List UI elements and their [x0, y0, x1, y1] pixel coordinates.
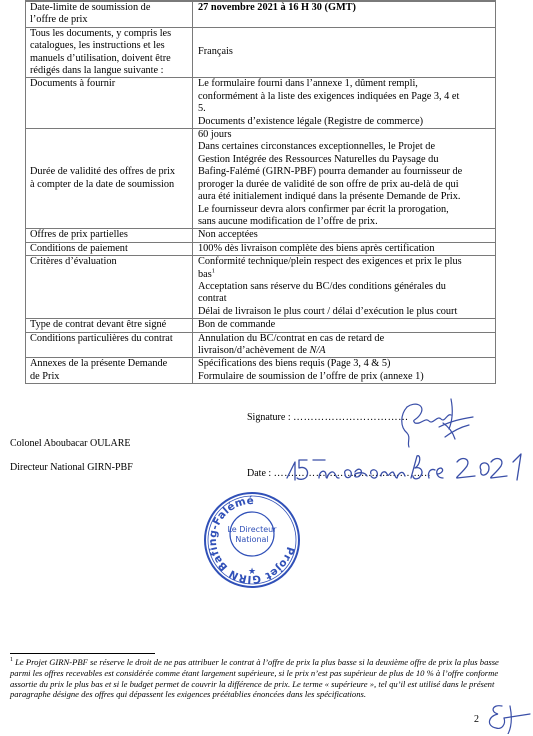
signatory-name: Colonel Aboubacar OULARE: [10, 438, 131, 449]
row-label-line: manuels d’utilisation, doivent être: [30, 53, 188, 65]
row-value-line: Le fournisseur devra alors confirmer par…: [198, 204, 491, 216]
row-value-line: Bafing-Falémé (GIRN-PBF) pourra demander…: [198, 166, 491, 178]
row-value-text: Le fournisseur devra alors confirmer par…: [198, 204, 449, 215]
row-label-line: de Prix: [30, 371, 188, 383]
stamp-star-icon: ★: [248, 567, 256, 577]
row-label-line: catalogues, les instructions et les: [30, 40, 188, 52]
row-label-line: à compter de la date de soumission: [30, 179, 188, 191]
row-value-text: Français: [198, 46, 233, 57]
table-row: Annexes de la présente Demandede PrixSpé…: [26, 358, 496, 384]
row-value-line: Documents d’existence légale (Registre d…: [198, 116, 491, 128]
row-value-text: Délai de livraison le plus court / délai…: [198, 306, 457, 317]
row-value-text: livraison/d’achèvement de: [198, 345, 310, 356]
row-value-text: Annulation du BC/contrat en cas de retar…: [198, 333, 384, 344]
row-value-line: Non acceptées: [198, 229, 491, 241]
row-value-text: Gestion Intégrée des Ressources Naturell…: [198, 154, 438, 165]
row-value-line: Conformité technique/plein respect des e…: [198, 256, 491, 268]
row-value-text: 100% dès livraison complète des biens ap…: [198, 243, 434, 254]
row-value-line: Bon de commande: [198, 319, 491, 331]
row-label: Date-limite de soumission del’offre de p…: [26, 1, 193, 27]
table-row: Tous les documents, y compris lescatalog…: [26, 27, 496, 78]
row-label-line: l’offre de prix: [30, 14, 188, 26]
row-value: Le formulaire fourni dans l’annexe 1, dû…: [193, 78, 496, 129]
row-value-text: Acceptation sans réserve du BC/des condi…: [198, 281, 446, 292]
row-value-text: conformément à la liste des exigences in…: [198, 91, 459, 102]
row-label-line: Conditions particulières du contrat: [30, 333, 188, 345]
row-value: Français: [193, 27, 496, 78]
row-label-line: Annexes de la présente Demande: [30, 358, 188, 370]
stamp-center-line2: National: [235, 535, 268, 544]
row-value: Annulation du BC/contrat en cas de retar…: [193, 332, 496, 358]
row-label-line: Critères d’évaluation: [30, 256, 188, 268]
row-value-line: Formulaire de soumission de l’offre de p…: [198, 371, 491, 383]
table-row: Durée de validité des offres de prixà co…: [26, 129, 496, 229]
page-number: 2: [474, 714, 479, 725]
footnote-separator: [10, 653, 155, 654]
row-value: Bon de commande: [193, 319, 496, 332]
row-label: Conditions particulières du contrat: [26, 332, 193, 358]
table-row: Offres de prix partielles Non acceptées: [26, 229, 496, 242]
table-row: Type de contrat devant être signé Bon de…: [26, 319, 496, 332]
row-value-text: proroger la durée de validité de son off…: [198, 179, 459, 190]
row-value-text: bas: [198, 269, 212, 280]
row-value-line: 100% dès livraison complète des biens ap…: [198, 243, 491, 255]
row-value-text: Documents d’existence légale (Registre d…: [198, 116, 423, 127]
row-label-line: rédigés dans la langue suivante :: [30, 65, 188, 77]
handwritten-date: [285, 452, 525, 484]
row-value-line: conformément à la liste des exigences in…: [198, 91, 491, 103]
row-label: Documents à fournir: [26, 78, 193, 129]
footnote-ref[interactable]: 1: [212, 267, 215, 274]
row-value-text: 5.: [198, 103, 206, 114]
row-value-text: 27 novembre 2021 à 16 H 30 (GMT): [198, 2, 356, 13]
row-value-line: livraison/d’achèvement de N/A: [198, 345, 491, 357]
row-value-text: aura été initialement indiqué dans la pr…: [198, 191, 460, 202]
row-label: Type de contrat devant être signé: [26, 319, 193, 332]
signature-line: Signature : ……………………………: [247, 412, 409, 423]
row-value-text: Non acceptées: [198, 229, 258, 240]
official-stamp: Projet GIRN Bafing-Falémé Le Directeur N…: [202, 490, 302, 590]
footnote-text: Le Projet GIRN-PBF se réserve le droit d…: [10, 657, 499, 699]
table-row: Documents à fournirLe formulaire fourni …: [26, 78, 496, 129]
row-value-line: contrat: [198, 293, 491, 305]
signature-dots: ……………………………: [293, 412, 409, 423]
row-value-line: 60 jours: [198, 129, 491, 141]
table-row: Date-limite de soumission del’offre de p…: [26, 1, 496, 27]
row-value: 100% dès livraison complète des biens ap…: [193, 242, 496, 255]
row-label-line: Documents à fournir: [30, 78, 188, 90]
row-label-line: Conditions de paiement: [30, 243, 188, 255]
row-value-line: aura été initialement indiqué dans la pr…: [198, 191, 491, 203]
row-value-line: Dans certaines circonstances exceptionne…: [198, 141, 491, 153]
row-label: Conditions de paiement: [26, 242, 193, 255]
signatory-title: Directeur National GIRN-PBF: [10, 462, 133, 473]
row-value-line: proroger la durée de validité de son off…: [198, 179, 491, 191]
row-label-line: Durée de validité des offres de prix: [30, 166, 188, 178]
row-label-line: Type de contrat devant être signé: [30, 319, 188, 331]
row-value-line: Acceptation sans réserve du BC/des condi…: [198, 281, 491, 293]
row-value-text: Conformité technique/plein respect des e…: [198, 256, 462, 267]
stamp-center-line1: Le Directeur: [227, 525, 277, 534]
rfq-conditions-table: Date-limite de soumission del’offre de p…: [25, 0, 496, 384]
signature-label: Signature :: [247, 412, 293, 423]
row-value: 60 joursDans certaines circonstances exc…: [193, 129, 496, 229]
row-value-text: Bon de commande: [198, 319, 275, 330]
row-value: Spécifications des biens requis (Page 3,…: [193, 358, 496, 384]
table-row: Conditions de paiement100% dès livraison…: [26, 242, 496, 255]
row-value-line: bas1: [198, 269, 491, 281]
row-value-line: Annulation du BC/contrat en cas de retar…: [198, 333, 491, 345]
row-value-text: Dans certaines circonstances exceptionne…: [198, 141, 435, 152]
row-label: Offres de prix partielles: [26, 229, 193, 242]
row-value-text: Spécifications des biens requis (Page 3,…: [198, 358, 390, 369]
handwritten-initials: [484, 702, 532, 734]
row-label: Durée de validité des offres de prixà co…: [26, 129, 193, 229]
footnote: 1 Le Projet GIRN-PBF se réserve le droit…: [10, 657, 510, 700]
row-value-line: 27 novembre 2021 à 16 H 30 (GMT): [198, 2, 491, 14]
row-value-text: Le formulaire fourni dans l’annexe 1, dû…: [198, 78, 418, 89]
row-value: Conformité technique/plein respect des e…: [193, 256, 496, 319]
row-value-text: 60 jours: [198, 129, 231, 140]
row-value-text: Formulaire de soumission de l’offre de p…: [198, 371, 424, 382]
row-value-line: Le formulaire fourni dans l’annexe 1, dû…: [198, 78, 491, 90]
row-label: Annexes de la présente Demandede Prix: [26, 358, 193, 384]
row-value-line: Délai de livraison le plus court / délai…: [198, 306, 491, 318]
row-value: Non acceptées: [193, 229, 496, 242]
table-row: Critères d’évaluationConformité techniqu…: [26, 256, 496, 319]
row-label-line: Offres de prix partielles: [30, 229, 188, 241]
row-value-line: 5.: [198, 103, 491, 115]
handwritten-signature: [395, 395, 495, 450]
footnote-marker: 1: [10, 657, 13, 663]
row-value-line: Français: [198, 46, 491, 58]
date-label: Date :: [247, 468, 274, 479]
row-label-line: Tous les documents, y compris les: [30, 28, 188, 40]
row-value-italic: N/A: [310, 345, 326, 356]
row-value-line: sans aucune modification de l’offre de p…: [198, 216, 491, 228]
row-value-line: Spécifications des biens requis (Page 3,…: [198, 358, 491, 370]
row-value-text: sans aucune modification de l’offre de p…: [198, 216, 378, 227]
row-value-line: Gestion Intégrée des Ressources Naturell…: [198, 154, 491, 166]
row-value-text: contrat: [198, 293, 227, 304]
row-label-line: Date-limite de soumission de: [30, 2, 188, 14]
row-label: Critères d’évaluation: [26, 256, 193, 319]
row-label: Tous les documents, y compris lescatalog…: [26, 27, 193, 78]
row-value: 27 novembre 2021 à 16 H 30 (GMT): [193, 1, 496, 27]
table-row: Conditions particulières du contratAnnul…: [26, 332, 496, 358]
row-value-text: Bafing-Falémé (GIRN-PBF) pourra demander…: [198, 166, 462, 177]
